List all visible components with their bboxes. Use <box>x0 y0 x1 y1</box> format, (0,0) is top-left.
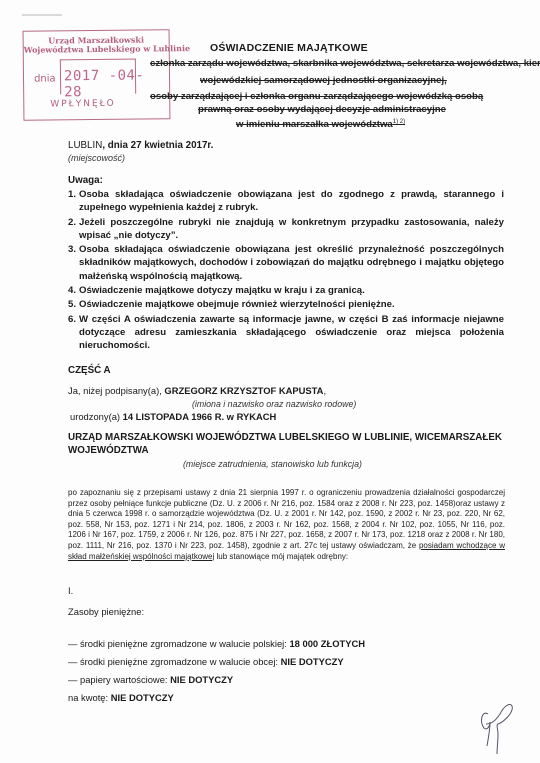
struck-line-5: w imieniu marszałka województwa1) 2) <box>236 119 405 130</box>
cash-foreign-row: — środki pieniężne zgromadzone w walucie… <box>68 656 344 667</box>
stamp-received-label: WPŁYNĘŁO <box>50 99 116 110</box>
notes-list: 1.Osoba składająca oświadczenie obowiąza… <box>68 188 504 354</box>
scan-mark <box>22 14 62 16</box>
row-label: — środki pieniężne zgromadzone w walucie… <box>68 656 281 667</box>
note-item: 4.Oświadczenie majątkowe dotyczy majątku… <box>68 284 504 297</box>
employment-line-2: WOJEWÓDZTWA <box>68 445 149 456</box>
place-caption: (miejscowość) <box>68 153 125 163</box>
row-value: NIE DOTYCZY <box>170 674 233 685</box>
note-text: Oświadczenie majątkowe dotyczy majątku w… <box>79 284 365 297</box>
declarant-suffix: , <box>323 385 326 396</box>
struck-line-5-text: w imieniu marszałka województwa <box>236 119 393 130</box>
stamp-dnia-label: dnia <box>34 73 56 84</box>
note-text: W części A oświadczenia zawarte są infor… <box>79 313 504 353</box>
note-number: 1. <box>68 188 79 215</box>
note-text: Oświadczenie majątkowe obejmuje również … <box>79 298 395 311</box>
struck-line-4: prawną oraz osoby wydającej decyzje admi… <box>198 104 446 115</box>
document-title: OŚWIADCZENIE MAJĄTKOWE <box>210 42 368 54</box>
born-line: urodzony(a) 14 LISTOPADA 1966 R. w RYKAC… <box>70 411 276 422</box>
section-numeral: I. <box>68 585 73 596</box>
note-number: 4. <box>68 284 79 297</box>
born-prefix: urodzony(a) <box>70 411 123 422</box>
document-page: Urząd Marszałkowski Województwa Lubelski… <box>0 0 540 763</box>
declarant-line: Ja, niżej podpisany(a), GRZEGORZ KRZYSZT… <box>68 385 326 396</box>
notes-heading: Uwaga: <box>68 175 103 186</box>
part-a-heading: CZĘŚĆ A <box>68 365 111 376</box>
employment-line-1: URZĄD MARSZAŁKOWSKI WOJEWÓDZTWA LUBELSKI… <box>68 432 502 443</box>
note-number: 6. <box>68 313 79 353</box>
footnote-marks: 1) 2) <box>393 119 405 125</box>
securities-row: — papiery wartościowe: NIE DOTYCZY <box>68 674 233 685</box>
signature-initials <box>478 700 518 755</box>
place: LUBLIN <box>68 140 102 151</box>
row-value: 18 000 ZŁOTYCH <box>289 638 365 649</box>
cash-pln-row: — środki pieniężne zgromadzone w walucie… <box>68 638 365 649</box>
note-item: 2.Jeżeli poszczególne rubryki nie znajdu… <box>68 216 504 243</box>
note-number: 5. <box>68 298 79 311</box>
born-value: 14 LISTOPADA 1966 R. w RYKACH <box>123 411 277 422</box>
declarant-prefix: Ja, niżej podpisany(a), <box>68 385 164 396</box>
employment-caption: (miejsce zatrudnienia, stanowisko lub fu… <box>183 459 362 469</box>
row-value: NIE DOTYCZY <box>281 656 344 667</box>
place-date: LUBLIN, dnia 27 kwietnia 2017r. <box>68 140 213 151</box>
received-stamp: Urząd Marszałkowski Województwa Lubelski… <box>23 29 171 121</box>
note-text: Osoba składająca oświadczenie obowiązana… <box>79 243 504 283</box>
struck-line-3: osoby zarządzającej i członka organu zar… <box>150 91 483 102</box>
legal-text-after: lub stanowiące mój majątek odrębny: <box>214 552 348 561</box>
declarant-name: GRZEGORZ KRZYSZTOF KAPUSTA <box>164 385 323 396</box>
note-item: 5.Oświadczenie majątkowe obejmuje równie… <box>68 298 504 311</box>
note-item: 1.Osoba składająca oświadczenie obowiąza… <box>68 188 504 215</box>
legal-declaration: po zapoznaniu się z przepisami ustawy z … <box>68 488 505 562</box>
note-number: 2. <box>68 216 79 243</box>
note-item: 3.Osoba składająca oświadczenie obowiąza… <box>68 243 504 283</box>
row-value: NIE DOTYCZY <box>111 692 174 703</box>
section-heading: Zasoby pieniężne: <box>68 606 144 617</box>
name-caption: (imiona i nazwisko oraz nazwisko rodowe) <box>192 399 356 409</box>
row-label: — środki pieniężne zgromadzone w walucie… <box>68 638 289 649</box>
note-item: 6.W części A oświadczenia zawarte są inf… <box>68 313 504 353</box>
amount-row: na kwotę: NIE DOTYCZY <box>68 692 174 703</box>
row-label: — papiery wartościowe: <box>68 674 170 685</box>
struck-line-2: wojewódzkiej samorządowej jednostki orga… <box>200 75 447 86</box>
date-text: , dnia 27 kwietnia 2017r. <box>102 140 213 151</box>
note-text: Jeżeli poszczególne rubryki nie znajdują… <box>79 216 504 243</box>
row-label: na kwotę: <box>68 692 111 703</box>
struck-line-1: członka zarządu województwa, skarbnika w… <box>150 58 540 69</box>
note-number: 3. <box>68 243 79 283</box>
note-text: Osoba składająca oświadczenie obowiązana… <box>79 188 504 215</box>
stamp-office-line2: Województwa Lubelskiego w Lublinie <box>24 43 169 55</box>
